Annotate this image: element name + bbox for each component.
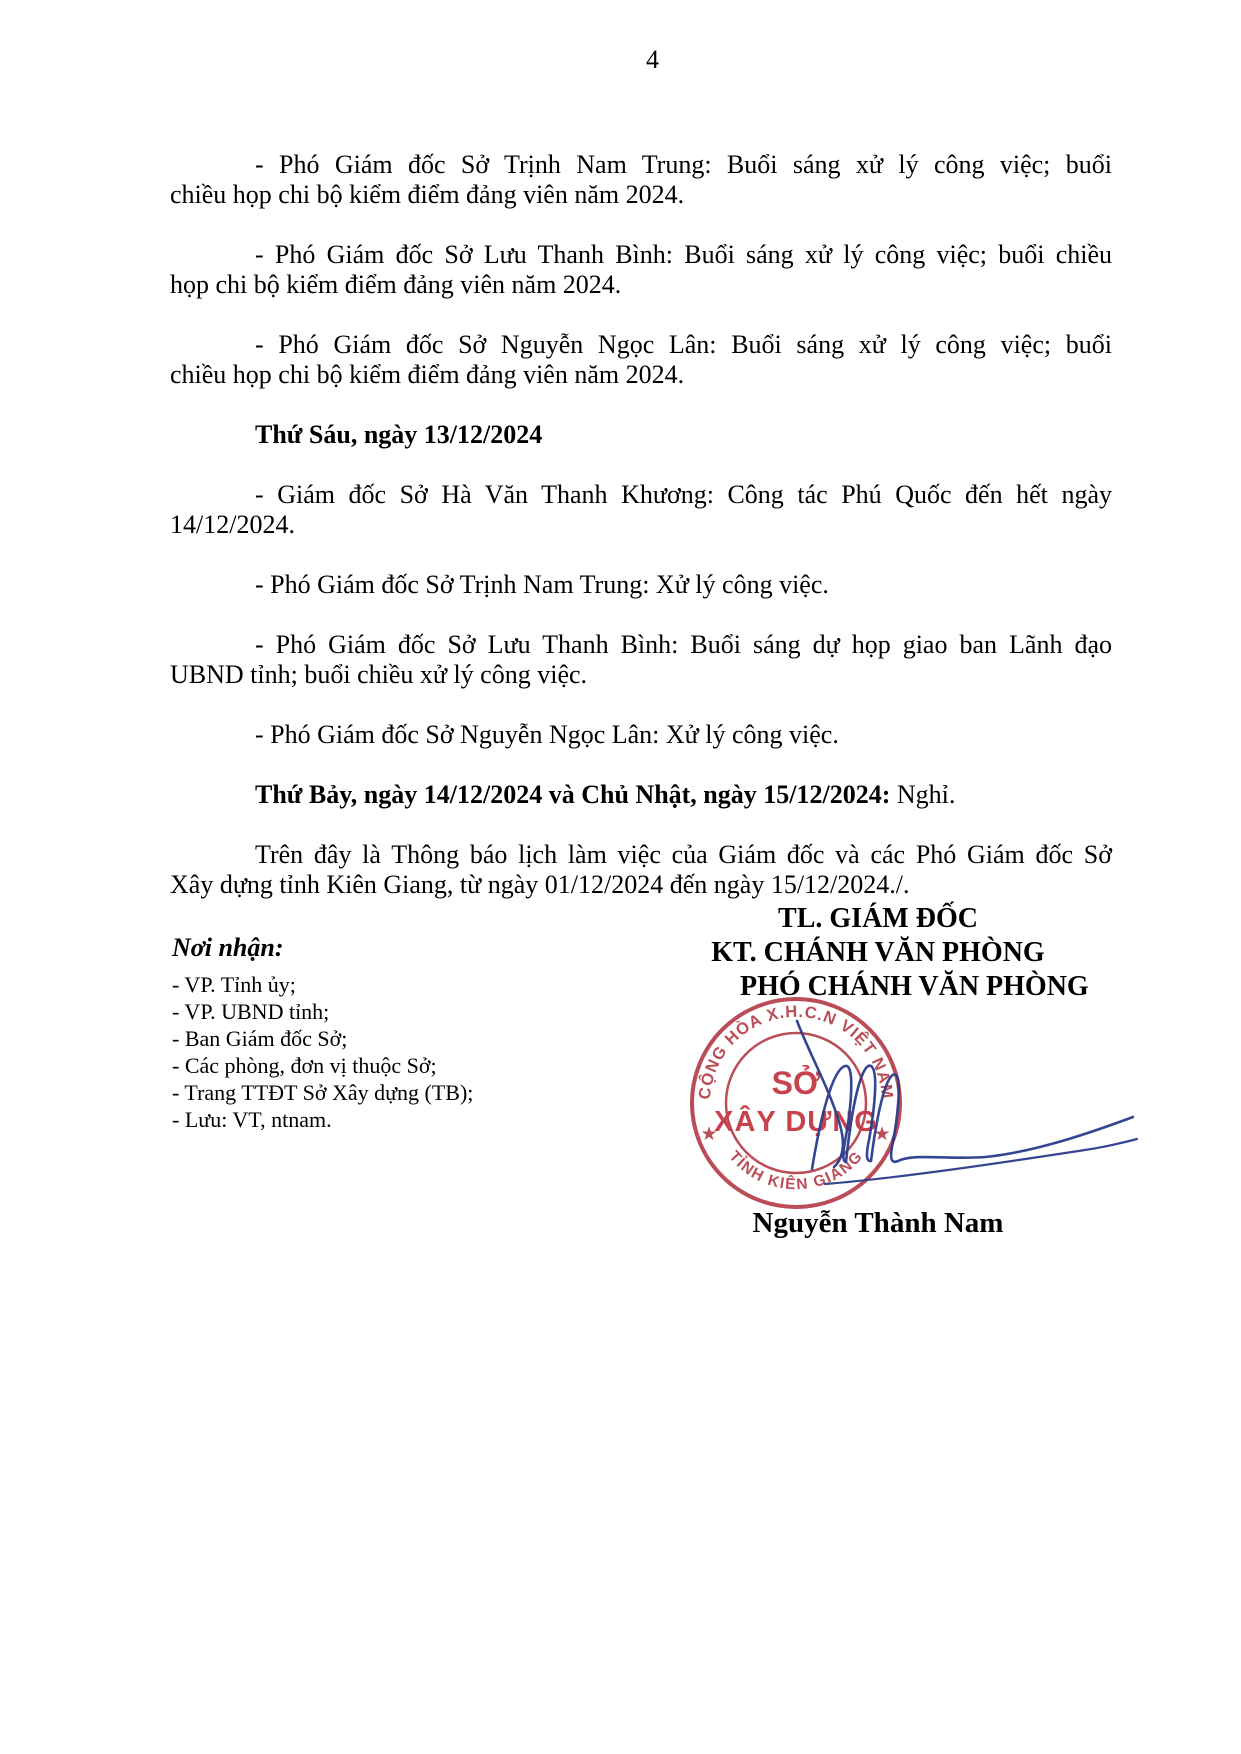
- recipients-block: Nơi nhận: - VP. Tỉnh ủy; - VP. UBND tỉnh…: [172, 933, 473, 1133]
- signer-name: Nguyễn Thành Nam: [708, 1206, 1048, 1240]
- paragraph-line: Trên đây là Thông báo lịch làm việc của …: [170, 840, 1112, 870]
- schedule-paragraph-trinh-nam-trung: - Phó Giám đốc Sở Trịnh Nam Trung: Buổi …: [170, 150, 1112, 210]
- recipient-item: - Trang TTĐT Sở Xây dựng (TB);: [172, 1079, 473, 1106]
- recipient-item: - Lưu: VT, ntnam.: [172, 1106, 473, 1133]
- heading-line: Thứ Bảy, ngày 14/12/2024 và Chủ Nhật, ng…: [170, 780, 1112, 810]
- schedule-paragraph-trinh-nam-trung-friday: - Phó Giám đốc Sở Trịnh Nam Trung: Xử lý…: [170, 570, 1112, 600]
- paragraph-line: - Phó Giám đốc Sở Lưu Thanh Bình: Buổi s…: [170, 630, 1112, 660]
- signer-title-line: KT. CHÁNH VĂN PHÒNG: [708, 936, 1048, 970]
- paragraph-line: - Phó Giám đốc Sở Lưu Thanh Bình: Buổi s…: [170, 240, 1112, 270]
- recipient-item: - VP. Tỉnh ủy;: [172, 971, 473, 998]
- handwritten-signature: [780, 1008, 1148, 1198]
- day-heading-friday: Thứ Sáu, ngày 13/12/2024: [170, 420, 1112, 450]
- paragraph-line: - Giám đốc Sở Hà Văn Thanh Khương: Công …: [170, 480, 1112, 510]
- document-page: 4 - Phó Giám đốc Sở Trịnh Nam Trung: Buổ…: [0, 0, 1241, 1754]
- paragraph-line: - Phó Giám đốc Sở Trịnh Nam Trung: Buổi …: [170, 150, 1112, 180]
- page-number: 4: [646, 45, 659, 75]
- schedule-paragraph-ha-van-thanh-khuong: - Giám đốc Sở Hà Văn Thanh Khương: Công …: [170, 480, 1112, 540]
- schedule-paragraph-nguyen-ngoc-lan-friday: - Phó Giám đốc Sở Nguyễn Ngọc Lân: Xử lý…: [170, 720, 1112, 750]
- weekend-heading-tail: Nghỉ.: [890, 780, 955, 809]
- schedule-paragraph-luu-thanh-binh-friday: - Phó Giám đốc Sở Lưu Thanh Bình: Buổi s…: [170, 630, 1112, 690]
- signer-title-line: TL. GIÁM ĐỐC: [708, 902, 1048, 936]
- heading-text: Thứ Sáu, ngày 13/12/2024: [170, 420, 1112, 450]
- weekend-heading-bold: Thứ Bảy, ngày 14/12/2024 và Chủ Nhật, ng…: [255, 780, 890, 809]
- signature-stroke: [797, 1021, 843, 1167]
- recipient-item: - Các phòng, đơn vị thuộc Sở;: [172, 1052, 473, 1079]
- document-body: - Phó Giám đốc Sở Trịnh Nam Trung: Buổi …: [170, 150, 1112, 930]
- recipient-item: - VP. UBND tỉnh;: [172, 998, 473, 1025]
- signature-stroke: [812, 1066, 1133, 1169]
- weekend-heading: Thứ Bảy, ngày 14/12/2024 và Chủ Nhật, ng…: [170, 780, 1112, 810]
- closing-paragraph: Trên đây là Thông báo lịch làm việc của …: [170, 840, 1112, 900]
- signature-graphic: [780, 1008, 1148, 1198]
- schedule-paragraph-luu-thanh-binh: - Phó Giám đốc Sở Lưu Thanh Bình: Buổi s…: [170, 240, 1112, 300]
- paragraph-line: - Phó Giám đốc Sở Nguyễn Ngọc Lân: Buổi …: [170, 330, 1112, 360]
- recipient-item: - Ban Giám đốc Sở;: [172, 1025, 473, 1052]
- paragraph-line: - Phó Giám đốc Sở Trịnh Nam Trung: Xử lý…: [170, 570, 1112, 600]
- schedule-paragraph-nguyen-ngoc-lan: - Phó Giám đốc Sở Nguyễn Ngọc Lân: Buổi …: [170, 330, 1112, 390]
- recipients-list: - VP. Tỉnh ủy; - VP. UBND tỉnh; - Ban Gi…: [172, 971, 473, 1133]
- recipients-label: Nơi nhận:: [172, 933, 473, 963]
- paragraph-line: - Phó Giám đốc Sở Nguyễn Ngọc Lân: Xử lý…: [170, 720, 1112, 750]
